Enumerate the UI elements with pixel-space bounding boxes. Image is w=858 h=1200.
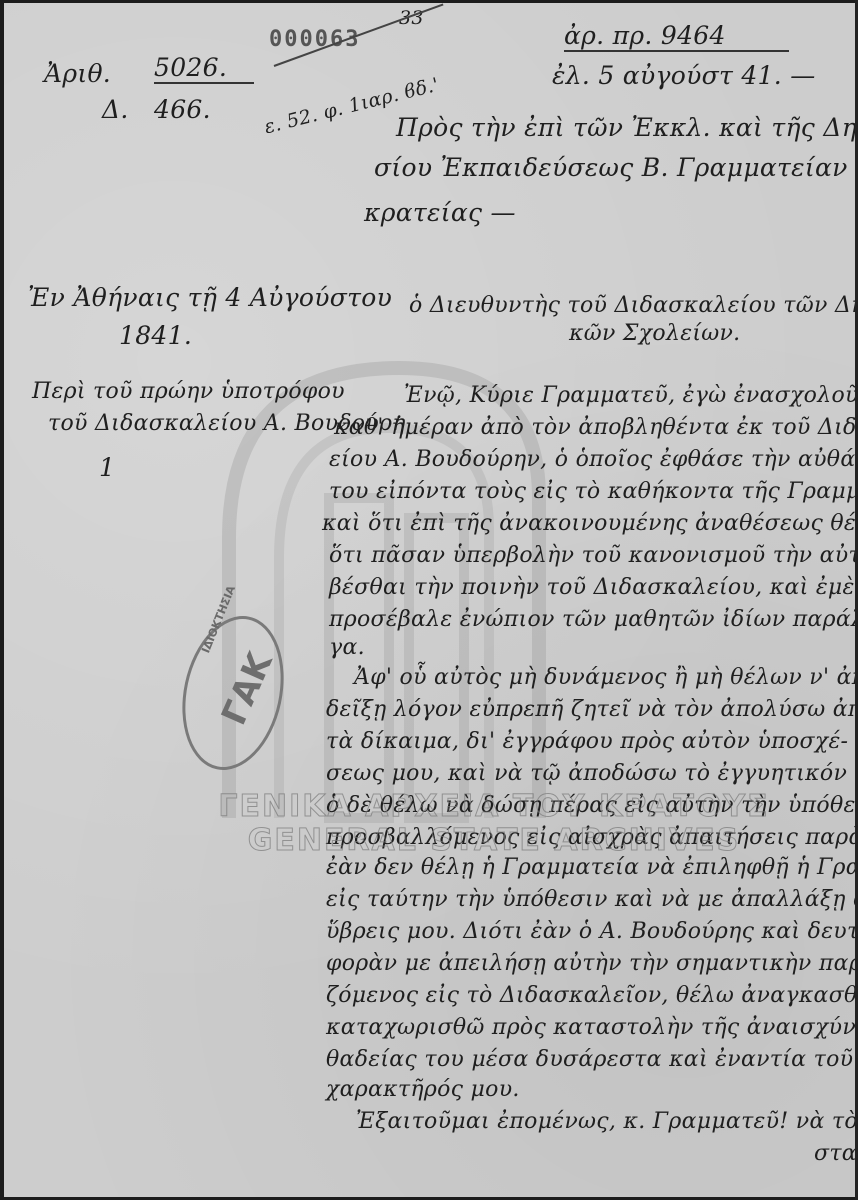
place-date-year: 1841. (119, 321, 192, 350)
body-line: θαδείας του μέσα δυσάρεστα καὶ ἐναντία τ… (326, 1047, 855, 1072)
sub-number-label: Δ. (102, 95, 129, 124)
body-line: Ἐξαιτοῦμαι ἐπομένως, κ. Γραμματεῦ! νὰ τὸ… (356, 1109, 855, 1134)
body-line: ἐὰν δεν θέλῃ ἡ Γραμματεία νὰ ἐπιληφθῇ ἡ … (326, 855, 855, 880)
archive-number-label: Ἀριθ. (44, 59, 111, 88)
archive-ownership-stamp: ΙΔΙΟΚΤΗΣΙΑ ΓΑΚ (169, 607, 297, 780)
received-date: ἐλ. 5 αὐγούστ 41. — (552, 61, 816, 90)
body-line: Ἀφ' οὗ αὐτὸς μὴ δυνάμενος ἢ μὴ θέλων ν' … (354, 665, 855, 690)
sender-line-2: κῶν Σχολείων. (569, 321, 740, 346)
body-line: Ἐνῷ, Κύριε Γραμματεῦ, ἐγὼ ἐνασχολοῦμαι (404, 383, 855, 408)
addressee-line-3: κρατείας — (364, 198, 516, 227)
body-line: ὁ δὲ θέλω νὰ δώσῃ πέρας εἰς αὐτὴν τὴν ὑπ… (326, 793, 855, 818)
stamp-ring-text: ΙΔΙΟΚΤΗΣΙΑ (199, 584, 238, 655)
body-line: καταχωρισθῶ πρὸς καταστολὴν τῆς ἀναισχύν… (326, 1015, 855, 1040)
body-line: εἰς ταύτην τὴν ὑπόθεσιν καὶ νὰ με ἀπαλλά… (326, 887, 855, 912)
document-page: Ἀριθ. 5026. Δ. 466. 000063 33 ε. 52. φ. … (4, 3, 855, 1197)
body-line: χαρακτῆρός μου. (326, 1077, 520, 1102)
body-line: προσβαλλόμενος εἰς αἰσχρὰς ἀπαιτήσεις πα… (326, 825, 855, 850)
body-line: είου Α. Βουδούρην, ὁ ὁποῖος ἐφθάσε τὴν α… (329, 447, 855, 472)
subject-mark: 1 (99, 453, 115, 482)
protocol-reference: ἀρ. πρ. 9464 (564, 21, 789, 52)
body-line: του εἰπόντα τοὺς εἰς τὸ καθήκοντα τῆς Γρ… (329, 479, 855, 504)
body-line: προσέβαλε ἐνώπιον τῶν μαθητῶν ἰδίων παρά… (329, 607, 855, 632)
addressee-line-2: σίου Ἐκπαιδεύσεως Β. Γραμματείαν τῆς Ἐπι… (374, 153, 855, 182)
body-line: ὕβρεις μου. Διότι ἐὰν ὁ Α. Βουδούρης καὶ… (326, 919, 855, 944)
body-line: καθ' ἡμέραν ἀπὸ τὸν ἀποβληθέντα ἐκ τοῦ Δ… (334, 415, 855, 440)
addressee-line-1: Πρὸς τὴν ἐπὶ τῶν Ἐκκλ. καὶ τῆς Δημο- (396, 113, 855, 142)
body-line: ὅτι πᾶσαν ὑπερβολὴν τοῦ κανονισμοῦ τὴν α… (329, 543, 855, 568)
body-line: καὶ ὅτι ἐπὶ τῆς ἀνακοινουμένης ἀναθέσεως… (322, 511, 855, 536)
place-date-line-1: Ἐν Ἀθήναις τῇ 4 Αὐγούστου (28, 283, 392, 312)
body-line: τὰ δίκαιμα, δι' ἐγγράφου πρὸς αὐτὸν ὑποσ… (326, 729, 848, 754)
body-line: σεως μου, καὶ νὰ τῷ ἀποδώσω τὸ ἐγγυητικό… (326, 761, 855, 786)
sender-line-1: ὁ Διευθυντὴς τοῦ Διδασκαλείου τῶν Δημοτι… (409, 293, 855, 318)
sub-number: 466. (154, 95, 211, 124)
subject-line-1: Περὶ τοῦ πρώην ὑποτρόφου (32, 379, 345, 404)
stamp-center-text: ΓΑΚ (214, 647, 281, 731)
body-line: γα. (329, 635, 365, 660)
archive-number: 5026. (154, 53, 254, 84)
body-line: φορὰν με ἀπειλήσῃ αὐτὴν τὴν σημαντικὴν π… (326, 951, 855, 976)
body-line: δεῖξῃ λόγον εὐπρεπῆ ζητεῖ νὰ τὸν ἀπολύσω… (326, 697, 855, 722)
body-line: ζόμενος εἰς τὸ Διδασκαλεῖον, θέλω ἀναγκα… (326, 983, 855, 1008)
body-line: βέσθαι τὴν ποινὴν τοῦ Διδασκαλείου, καὶ … (329, 575, 855, 600)
body-line: στα- (814, 1141, 855, 1166)
